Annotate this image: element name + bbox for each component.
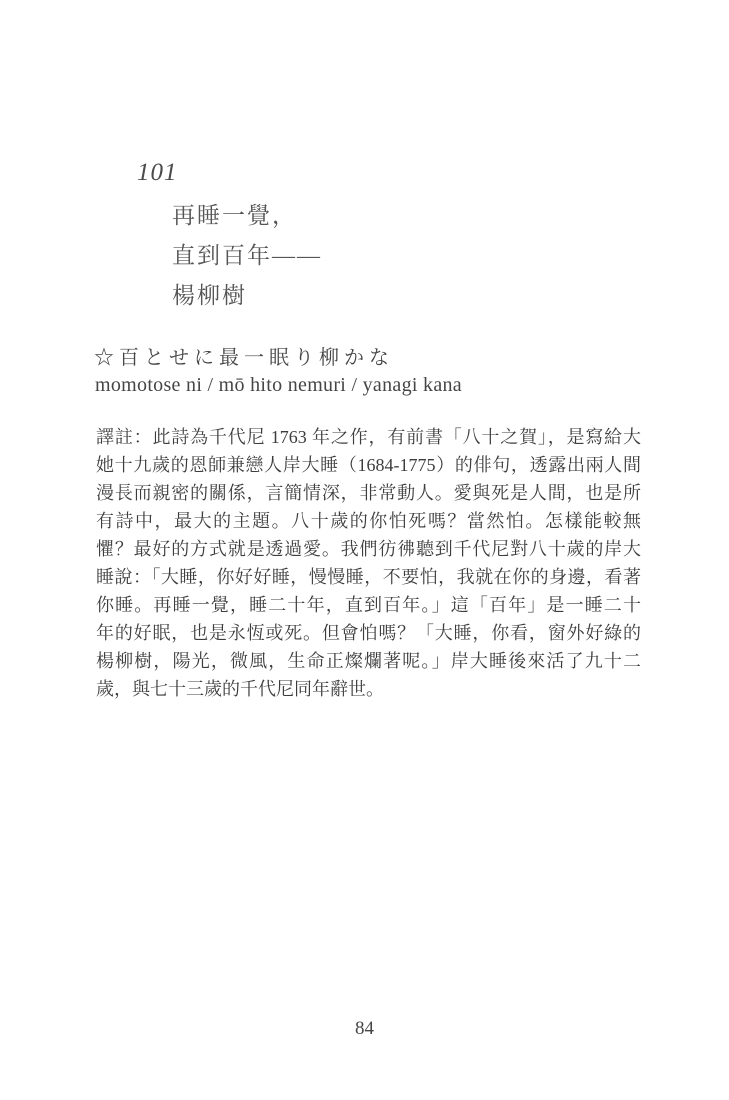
note-line: 年的好眠，也是永恆或死。但會怕嗎？「大睡，你看，窗外好綠的 (96, 619, 641, 647)
note-line: 楊柳樹，陽光，微風，生命正燦爛著呢。」岸大睡後來活了九十二 (96, 647, 641, 675)
poem-line: 楊柳樹 (172, 276, 322, 316)
haiku-romaji-text: momotose ni / mō hito nemuri / yanagi ka… (95, 374, 462, 397)
note-line: 睡說：「大睡，你好好睡，慢慢睡，不要怕，我就在你的身邊，看著 (96, 563, 641, 591)
poem-line: 再睡一覺， (172, 196, 322, 236)
note-line: 懼？最好的方式就是透過愛。我們彷彿聽到千代尼對八十歲的岸大 (96, 535, 641, 563)
poem: 再睡一覺， 直到百年—— 楊柳樹 (172, 196, 322, 316)
book-page: 101 再睡一覺， 直到百年—— 楊柳樹 ☆百とせに最一眠り柳かな momoto… (0, 0, 729, 1100)
note-line: 有詩中，最大的主題。八十歲的你怕死嗎？當然怕。怎樣能較無 (96, 507, 641, 535)
note-line: 你睡。再睡一覺，睡二十年，直到百年。」這「百年」是一睡二十 (96, 591, 641, 619)
note-line: 漫長而親密的關係，言簡情深，非常動人。愛與死是人間，也是所 (96, 479, 641, 507)
note-line: 她十九歲的恩師兼戀人岸大睡（1684-1775）的俳句，透露出兩人間 (96, 451, 641, 479)
note-line: 歲，與七十三歲的千代尼同年辭世。 (96, 675, 641, 703)
page-number: 84 (0, 1018, 729, 1040)
note-line: 譯註：此詩為千代尼 1763 年之作，有前書「八十之賀」，是寫給大 (96, 423, 641, 451)
poem-line: 直到百年—— (172, 236, 322, 276)
translator-note: 譯註：此詩為千代尼 1763 年之作，有前書「八十之賀」，是寫給大 她十九歲的恩… (96, 423, 641, 703)
haiku-japanese-text: ☆百とせに最一眠り柳かな (94, 341, 394, 370)
poem-number: 101 (137, 159, 178, 187)
